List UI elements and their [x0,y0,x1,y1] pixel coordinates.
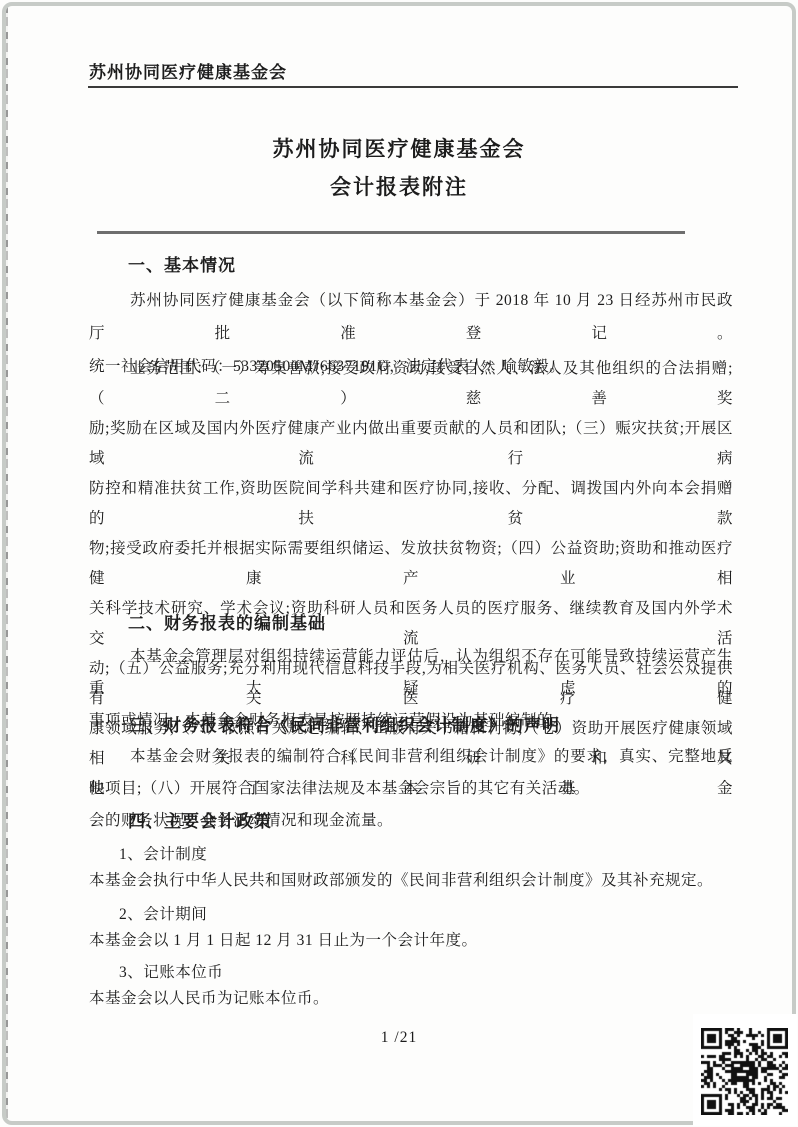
section-3-heading: 三、财务报表符合《民间非营利组织会计制度》的声明 [128,711,560,736]
accounting-system-text: 本基金会执行中华人民共和国财政部颁发的《民间非营利组织会计制度》及其补充规定。 [89,868,733,890]
accounting-period-subheading: 2、会计期间 [119,902,207,924]
title-divider-rule [97,231,685,234]
functional-currency-subheading: 3、记账本位币 [119,960,223,982]
document-title-line2: 会计报表附注 [0,171,798,201]
accounting-system-subheading: 1、会计制度 [119,842,207,864]
qr-code [693,1014,797,1126]
running-header: 苏州协同医疗健康基金会 [89,58,287,83]
functional-currency-text: 本基金会以人民币为记账本位币。 [89,986,733,1008]
scan-artifact-line [5,6,8,1121]
document-title-line1: 苏州协同医疗健康基金会 [0,133,798,163]
section-2-heading: 二、财务报表的编制基础 [128,609,326,634]
accounting-period-text: 本基金会以 1 月 1 日起 12 月 31 日止为一个会计年度。 [89,928,733,950]
page-number: 1 /21 [0,1029,798,1047]
running-header-rule [88,86,738,88]
scanned-document-page: 苏州协同医疗健康基金会 苏州协同医疗健康基金会 会计报表附注 一、基本情况 苏州… [0,0,798,1127]
section-4-heading: 四、主要会计政策 [128,807,272,832]
section-1-heading: 一、基本情况 [128,251,236,276]
